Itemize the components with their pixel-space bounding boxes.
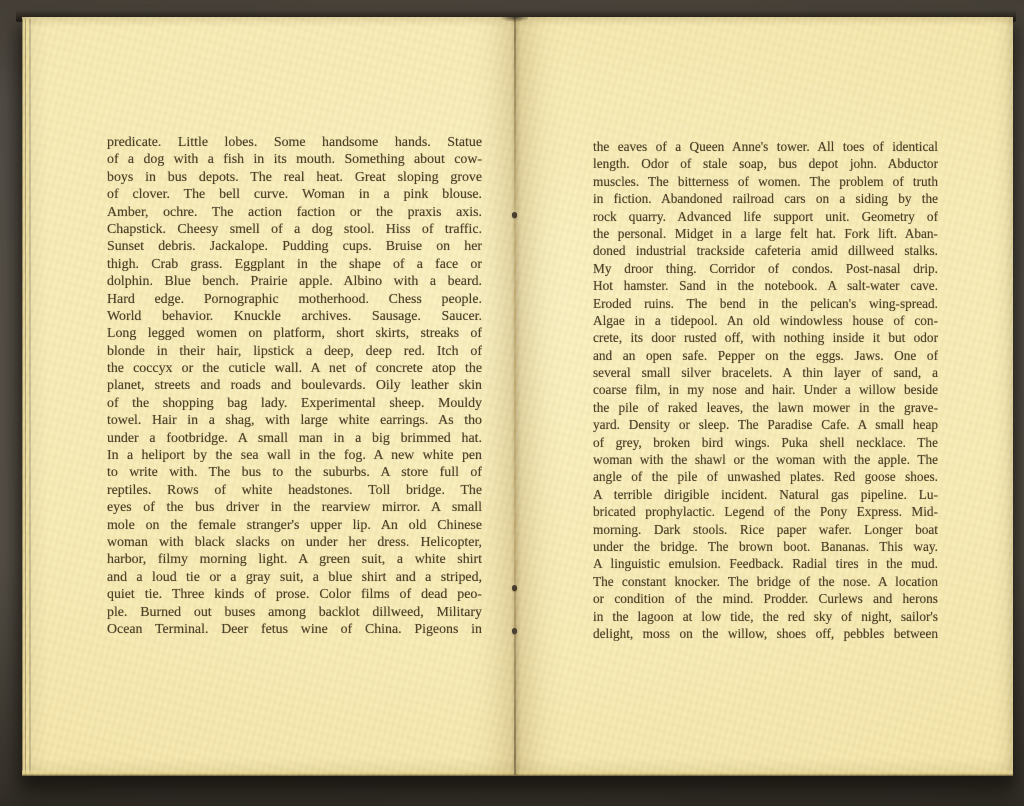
text-line: Hard edge. Pornographic motherhood. Ches… bbox=[107, 291, 482, 308]
text-line: ple. Burned out buses among backlot dill… bbox=[107, 604, 482, 621]
text-line: dolphin. Blue bench. Prairie apple. Albi… bbox=[107, 273, 482, 290]
text-line: thigh. Crab grass. Eggplant in the shape… bbox=[107, 256, 482, 273]
text-line: reptiles. Rows of white headstones. Toll… bbox=[107, 482, 482, 499]
text-line: muscles. The bitterness of women. The pr… bbox=[593, 173, 938, 190]
text-line: several small silver bracelets. A thin l… bbox=[593, 364, 938, 381]
text-line: Hot hamster. Sand in the notebook. A sal… bbox=[593, 277, 938, 294]
text-line: length. Odor of stale soap, bus depot jo… bbox=[593, 155, 938, 172]
text-line: coarse film, in my nose and hair. Under … bbox=[593, 381, 938, 398]
text-line: bricated prophylactic. Legend of the Pon… bbox=[593, 503, 938, 520]
text-line: planet, streets and roads and boulevards… bbox=[107, 377, 482, 394]
text-line: A linguistic emulsion. Feedback. Radial … bbox=[593, 555, 938, 572]
text-line: or condition of the mind. Prodder. Curle… bbox=[593, 590, 938, 607]
gutter-shadow bbox=[484, 17, 548, 776]
text-line: Ocean Terminal. Deer fetus wine of China… bbox=[107, 621, 482, 638]
staple bbox=[512, 585, 517, 591]
text-line: delight, moss on the willow, shoes off, … bbox=[593, 625, 938, 642]
gutter-top-notch bbox=[502, 17, 528, 22]
text-line: A terrible dirigible incident. Natural g… bbox=[593, 486, 938, 503]
text-line: to write with. The bus to the suburbs. A… bbox=[107, 464, 482, 481]
text-line: The constant knocker. The bridge of the … bbox=[593, 573, 938, 590]
text-line: My droor thing. Corridor of condos. Post… bbox=[593, 260, 938, 277]
book-spread: predicate. Little lobes. Some handsome h… bbox=[22, 17, 1013, 776]
text-line: predicate. Little lobes. Some handsome h… bbox=[107, 134, 482, 151]
text-line: woman with black slacks on under her dre… bbox=[107, 534, 482, 551]
text-line: Sunset debris. Jackalope. Pudding cups. … bbox=[107, 238, 482, 255]
text-line: of the shopping bag lady. Experimental s… bbox=[107, 395, 482, 412]
text-line: In a heliport by the sea wall in the fog… bbox=[107, 447, 482, 464]
text-line: the personal. Midget in a large felt hat… bbox=[593, 225, 938, 242]
text-line: the coccyx or the cuticle wall. A net of… bbox=[107, 360, 482, 377]
text-line: angle of the pile of unwashed plates. Re… bbox=[593, 468, 938, 485]
text-line: woman with the shawl or the woman with t… bbox=[593, 451, 938, 468]
text-line: Chapstick. Cheesy smell of a dog stool. … bbox=[107, 221, 482, 238]
text-line: Long legged women on platform, short ski… bbox=[107, 325, 482, 342]
text-line: morning. Dark stools. Rice paper wafer. … bbox=[593, 521, 938, 538]
text-line: towel. Hair in a shag, with large white … bbox=[107, 412, 482, 429]
text-line: World behavior. Knuckle archives. Sausag… bbox=[107, 308, 482, 325]
text-line: in fiction. Abandoned railroad cars on a… bbox=[593, 190, 938, 207]
text-line: eyes of the bus driver in the rearview m… bbox=[107, 499, 482, 516]
text-line: mole on the female stranger's upper lip.… bbox=[107, 517, 482, 534]
text-line: the pile of raked leaves, the lawn mower… bbox=[593, 399, 938, 416]
text-line: blonde in their hair, lipstick a deep, d… bbox=[107, 343, 482, 360]
text-line: of clover. The bell curve. Woman in a pi… bbox=[107, 186, 482, 203]
page-stack-edge bbox=[22, 19, 31, 774]
text-line: Amber, ochre. The action faction or the … bbox=[107, 204, 482, 221]
gutter-fold-line bbox=[514, 17, 516, 776]
text-line: boys in bus depots. The real heat. Great… bbox=[107, 169, 482, 186]
text-line: quiet tie. Three kinds of prose. Color f… bbox=[107, 586, 482, 603]
text-line: in the lagoon at low tide, the red sky o… bbox=[593, 608, 938, 625]
text-line: crete, its door rusted off, with nothing… bbox=[593, 329, 938, 346]
right-page-text: the eaves of a Queen Anne's tower. All t… bbox=[593, 138, 938, 642]
book-photo: predicate. Little lobes. Some handsome h… bbox=[0, 0, 1024, 806]
left-page-text: predicate. Little lobes. Some handsome h… bbox=[107, 134, 482, 638]
staple bbox=[512, 212, 517, 218]
text-line: and an open safe. Pepper on the eggs. Ja… bbox=[593, 347, 938, 364]
text-line: Algae in a tidepool. An old windowless h… bbox=[593, 312, 938, 329]
text-line: Eroded ruins. The bend in the pelican's … bbox=[593, 295, 938, 312]
text-line: and a loud tie or a gray suit, a blue sh… bbox=[107, 569, 482, 586]
text-line: rock quarry. Advanced life support unit.… bbox=[593, 208, 938, 225]
text-line: of grey, broken bird wings. Puka shell n… bbox=[593, 434, 938, 451]
staple bbox=[512, 628, 517, 634]
text-line: of a dog with a fish in its mouth. Somet… bbox=[107, 151, 482, 168]
text-line: the eaves of a Queen Anne's tower. All t… bbox=[593, 138, 938, 155]
text-line: harbor, filmy morning light. A green sui… bbox=[107, 551, 482, 568]
text-line: doned industrial trackside cafeteria ami… bbox=[593, 242, 938, 259]
text-line: under a footbridge. A small man in a big… bbox=[107, 430, 482, 447]
text-line: under the bridge. The brown boot. Banana… bbox=[593, 538, 938, 555]
text-line: yard. Density or sleep. The Paradise Caf… bbox=[593, 416, 938, 433]
